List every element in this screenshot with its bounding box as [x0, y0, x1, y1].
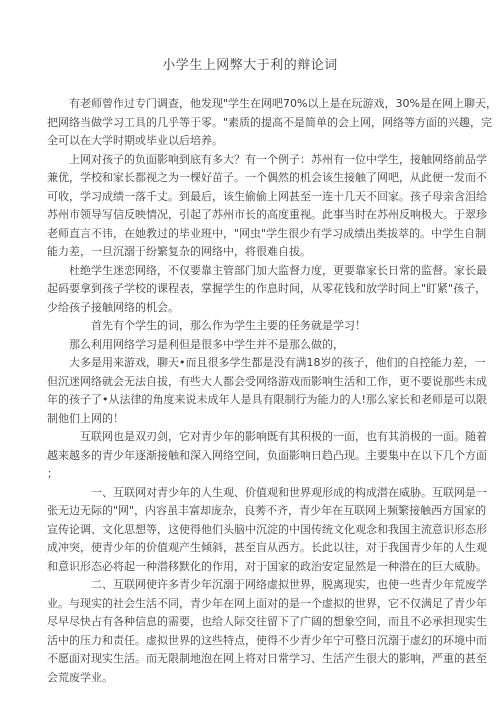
document-body: 有老师曾作过专门调查，他发现"学生在网吧70%以上是在玩游戏，30%是在网上聊天…	[47, 95, 463, 687]
text-line: 业。与现实的社会生活不同，青少年在网上面对的是一个虚拟的世界，它不仅满足了青少年	[47, 595, 463, 614]
text-line: 老师直言不讳，在她教过的毕业班中，"网虫"学生很少有学习成绩出类拔萃的。中学生自…	[47, 225, 463, 244]
text-line: 一、互联网对青少年的人生观、价值观和世界观形成的构成潜在威胁。互联网是一	[47, 484, 463, 503]
text-line: 可收，学习成绩一落千丈。到最后，该生偷偷上网甚至一连十几天不回家。孩子母亲含泪给	[47, 188, 463, 207]
text-line: 把网络当做学习工具的几乎等于零。"素质的提高不是简单的会上网，网络等方面的兴趣，…	[47, 114, 463, 133]
text-line: 但沉迷网络就会无法自拔，有些大人都会受网络游戏而影响生活和工作，更不要说那些未成	[47, 373, 463, 392]
text-line: 和意识形态必将起一种潜移默化的作用，对于国家的政治安定显然是一种潜在的巨大威胁。	[47, 558, 463, 577]
text-line: 尽早尽快占有各种信息的需要，也给人际交往留下了广阔的想象空间，而且不必承担现实生	[47, 613, 463, 632]
text-line: 制他们上网的！	[47, 410, 463, 429]
document-title: 小学生上网弊大于利的辩论词	[0, 54, 500, 73]
text-line: 大多是用来游戏，聊天•而且很多学生都是没有满18岁的孩子，他们的自控能力差，一	[47, 354, 463, 373]
text-line: 张无边无际的"网"，内容虽丰富却庞杂，良莠不齐，青少年在互联网上频繁接触西方国家…	[47, 502, 463, 521]
text-line: 成冲突，使青少年的价值观产生倾斜，甚至盲从西方。长此以往，对于我国青少年的人生观	[47, 539, 463, 558]
text-line: 不愿面对现实生活。而无限制地泡在网上将对日常学习、生活产生很大的影响，严重的甚至	[47, 650, 463, 669]
text-line: 互联网也是双刃剑，它对青少年的影响既有其积极的一面，也有其消极的一面。随着	[47, 428, 463, 447]
text-line: 越来越多的青少年逐渐接触和深入网络空间，负面影响日趋凸现。主要集中在以下几个方面	[47, 447, 463, 466]
text-line: 起码要拿到孩子学校的课程表，掌握学生的作息时间，从零花钱和放学时间上"盯紧"孩子…	[47, 280, 463, 299]
text-line: 苏州市领导写信反映情况，引起了苏州市长的高度重视。此事当时在苏州反响极大。于翠珍	[47, 206, 463, 225]
text-line: ；	[47, 465, 463, 484]
text-line: 那么利用网络学习是利但是很多中学生并不是那么做的，	[47, 336, 463, 355]
text-line: 首先有个学生的词，那么作为学生主要的任务就是学习！	[47, 317, 463, 336]
text-line: 年的孩子了•从法律的角度来说未成年人是具有限制行为能力的人!那么家长和老师是可以…	[47, 391, 463, 410]
text-line: 活中的压力和责任。虚拟世界的这些特点，使得不少青少年宁可整日沉溺于虚幻的环境中而	[47, 632, 463, 651]
text-line: 兼优，学校和家长都视之为一棵好苗子。一个偶然的机会该生接触了网吧，从此便一发而不	[47, 169, 463, 188]
text-line: 能力差，一旦沉溺于纷繁复杂的网络中，将很难自拔。	[47, 243, 463, 262]
text-line: 宣传论调、文化思想等，这使得他们头脑中沉淀的中国传统文化观念和我国主流意识形态形	[47, 521, 463, 540]
text-line: 少给孩子接触网络的机会。	[47, 299, 463, 318]
text-line: 杜绝学生迷恋网络，不仅要靠主管部门加大监督力度，更要靠家长日常的监督。家长最	[47, 262, 463, 281]
text-line: 上网对孩子的负面影响到底有多大？有一个例子：苏州有一位中学生，接触网络前品学	[47, 151, 463, 170]
text-line: 会荒废学业。	[47, 669, 463, 688]
document-page: 小学生上网弊大于利的辩论词 有老师曾作过专门调查，他发现"学生在网吧70%以上是…	[0, 0, 500, 707]
text-line: 二、互联网使许多青少年沉溺于网络虚拟世界，脱离现实，也使一些青少年荒废学	[47, 576, 463, 595]
text-line: 全可以在大学时期或毕业以后培养。	[47, 132, 463, 151]
text-line: 有老师曾作过专门调查，他发现"学生在网吧70%以上是在玩游戏，30%是在网上聊天…	[47, 95, 463, 114]
